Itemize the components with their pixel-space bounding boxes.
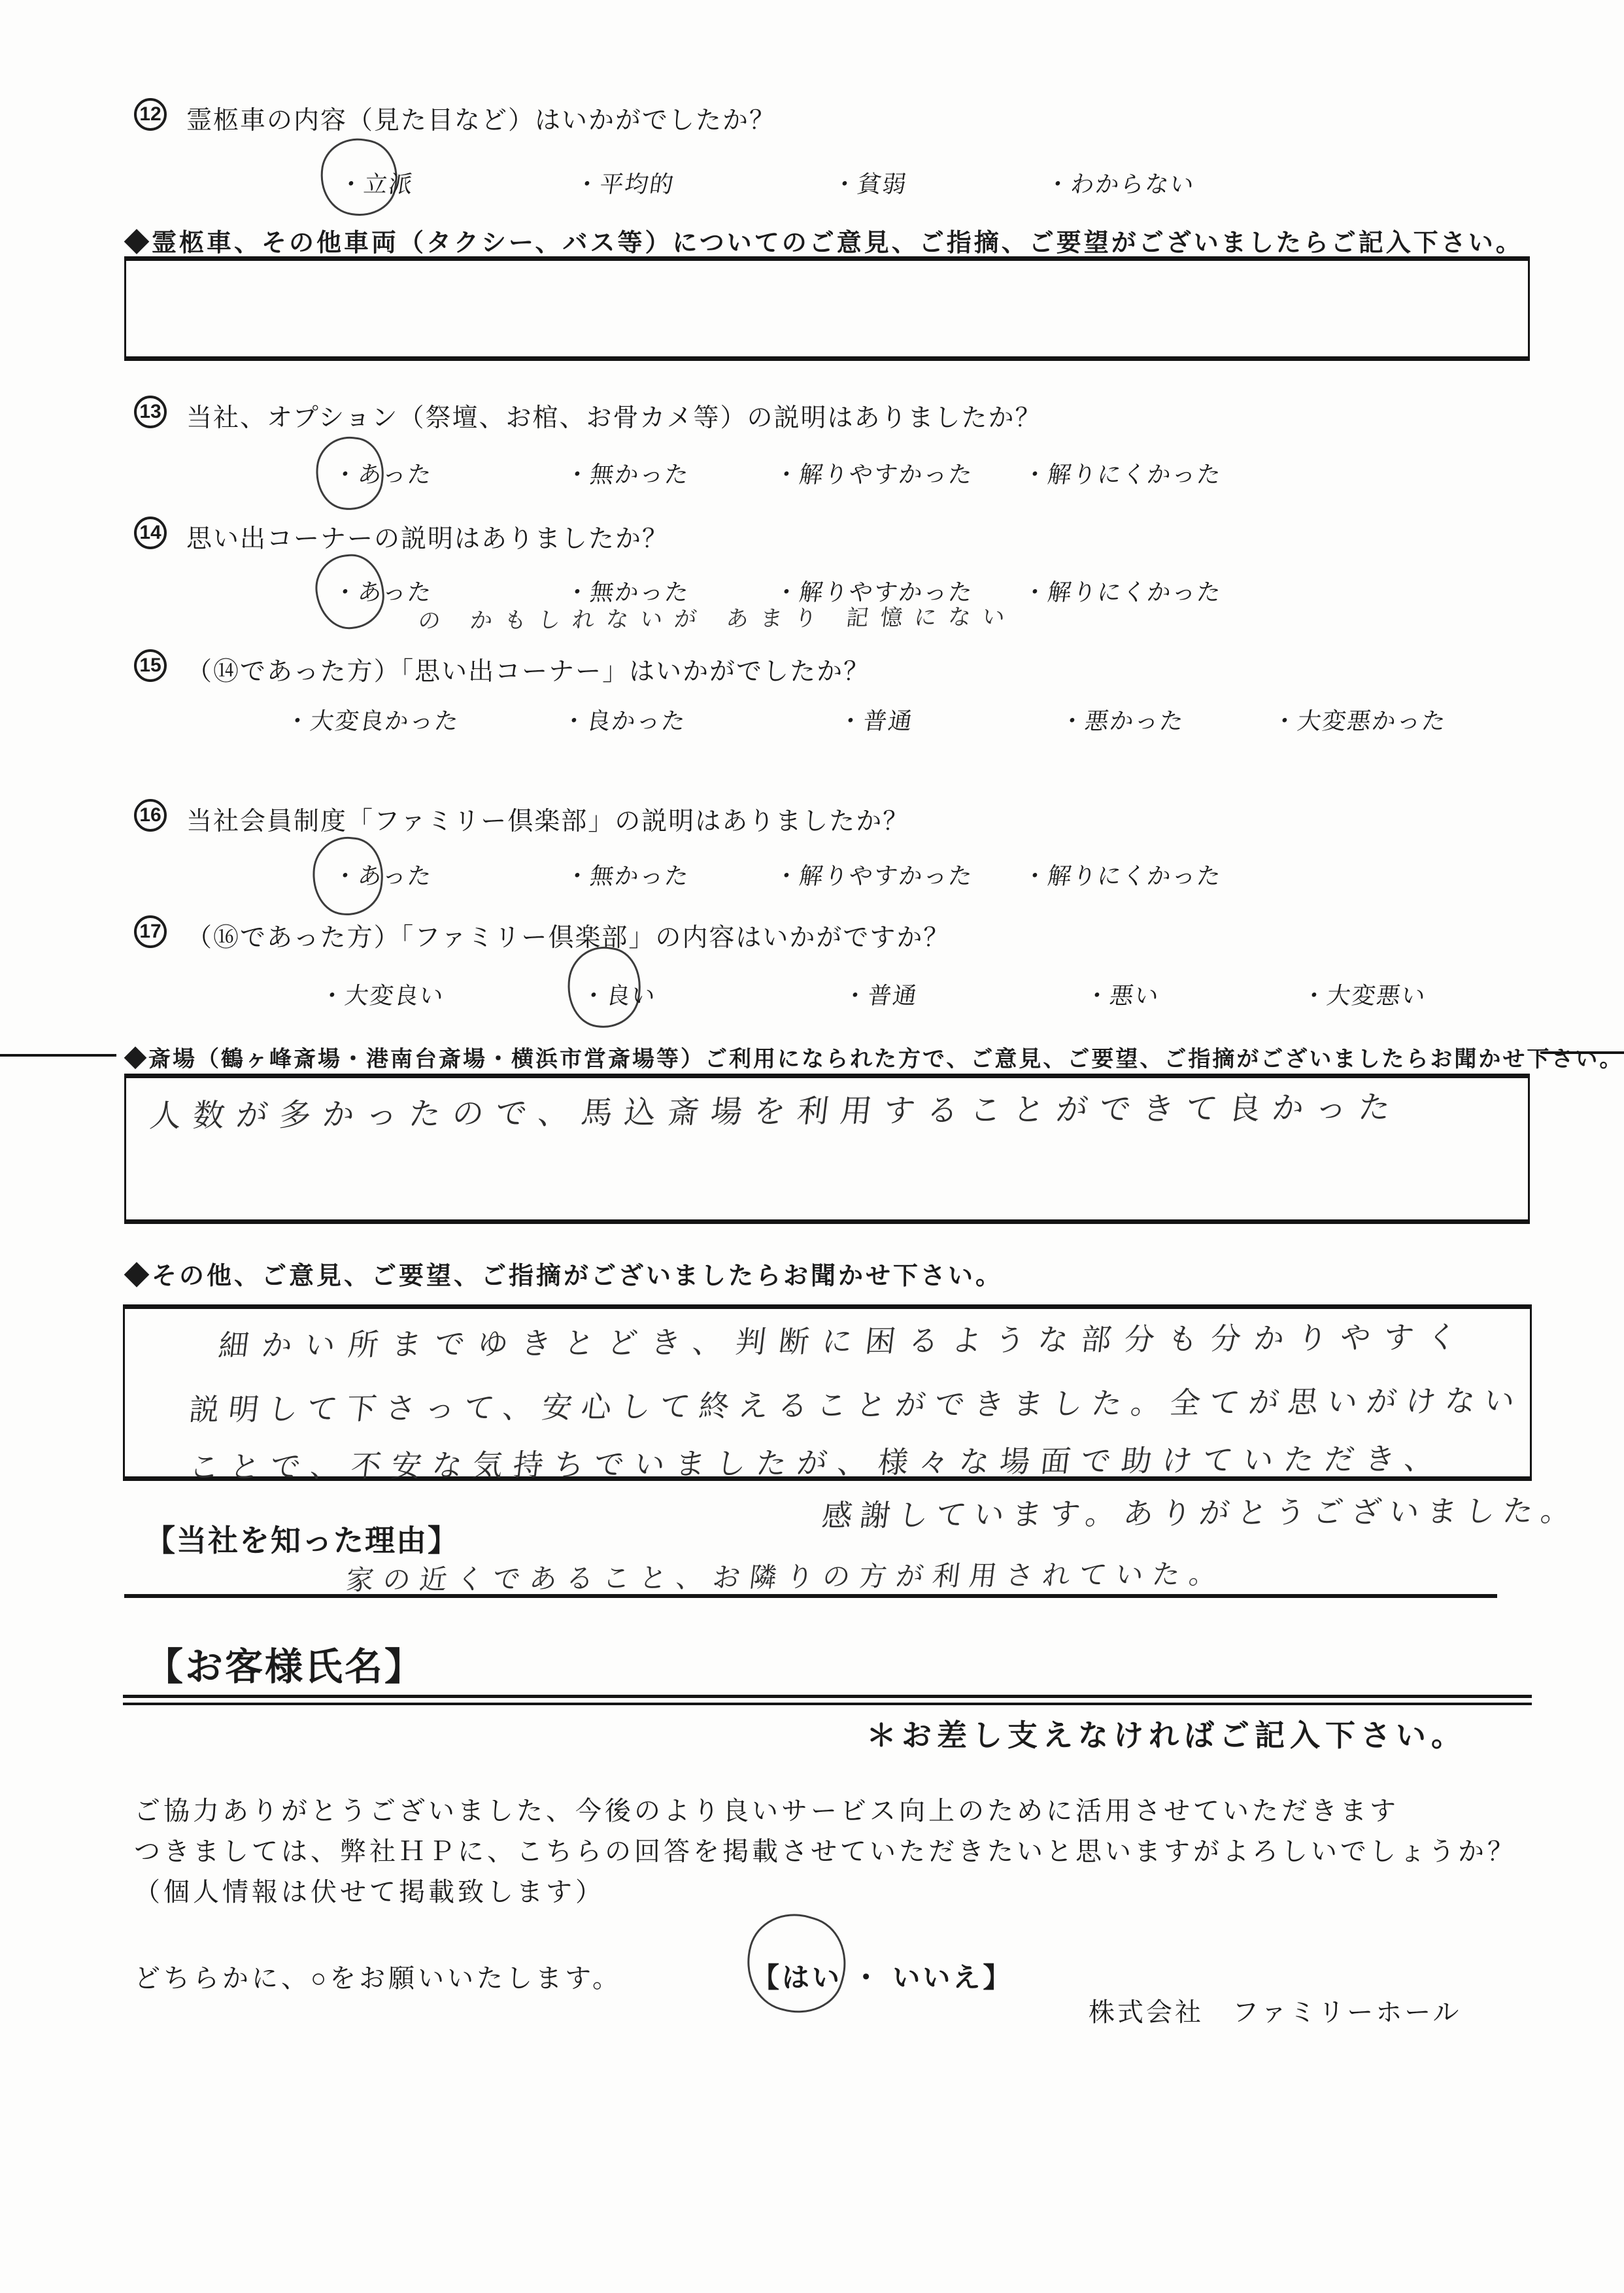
section-heading-saijo: ◆斎場（鶴ヶ峰斎場・港南台斎場・横浜市営斎場等）ご利用になられた方で、ご意見、ご… [124, 1041, 1623, 1073]
other-handwritten-line-1: 細かい所までゆきとどき、判断に困るような部分も分かりやすく [216, 1314, 1472, 1365]
customer-name-heading: 【お客様氏名】 [145, 1636, 424, 1691]
q17-option-4: ・悪い [1083, 977, 1162, 1011]
question-16: 16 当社会員制度「ファミリー倶楽部」の説明はありましたか？ [134, 799, 909, 838]
q15-option-1: ・大変良かった [283, 703, 462, 736]
name-optional-note: ＊お差し支えなければご記入下さい。 [866, 1712, 1466, 1755]
section-heading-vehicle: ◆霊柩車、その他車両（タクシー、バス等）についてのご意見、ご指摘、ご要望がござい… [124, 222, 1523, 258]
question-14-text: 思い出コーナーの説明はありましたか？ [186, 517, 669, 555]
question-13-number: 13 [134, 396, 167, 428]
q17-option-1: ・大変良い [318, 977, 447, 1011]
comment-box-vehicle [124, 256, 1530, 361]
q12-option-3: ・貧弱 [830, 166, 909, 199]
question-14-number: 14 [134, 517, 167, 549]
name-rule-top [123, 1695, 1532, 1698]
other-handwritten-line-4: 感謝しています。ありがとうございました。 [820, 1487, 1582, 1535]
q12-option-4: ・わからない [1043, 166, 1197, 199]
q16-option-2: ・無かった [563, 858, 692, 891]
question-15: 15 （⑭であった方）「思い出コーナー」はいかがでしたか？ [134, 649, 870, 688]
q15-option-4: ・悪かった [1058, 703, 1187, 736]
q12-option-1: ・立派 [337, 166, 416, 199]
q13-option-2: ・無かった [563, 456, 692, 490]
scan-fold-line-left [0, 1054, 116, 1057]
question-15-number: 15 [134, 649, 167, 682]
question-17-text: （⑯であった方）「ファミリー倶楽部」の内容はいかがですか？ [186, 915, 950, 954]
question-14: 14 思い出コーナーの説明はありましたか？ [134, 517, 669, 555]
q13-option-1: ・あった [331, 456, 435, 490]
q15-option-2: ・良かった [560, 703, 688, 736]
q14-option-1: ・あった [331, 574, 435, 607]
yes-no-choice: 【はい ・ いいえ】 [752, 1956, 1013, 1996]
q17-option-5: ・大変悪い [1300, 977, 1429, 1011]
q16-option-4: ・解りにくかった [1021, 858, 1224, 891]
question-12: 12 霊柩車の内容（見た目など）はいかがでしたか？ [134, 98, 776, 137]
reason-handwritten-response: 家の近くであること、お隣りの方が利用されていた。 [345, 1553, 1228, 1598]
reason-heading: 【当社を知った理由】 [145, 1517, 459, 1560]
q13-option-4: ・解りにくかった [1021, 456, 1224, 490]
q16-option-1: ・あった [331, 858, 435, 891]
question-16-text: 当社会員制度「ファミリー倶楽部」の説明はありましたか？ [186, 799, 909, 838]
choice-instruction: どちらかに、○をお願いいたします。 [134, 1958, 622, 1995]
company-name: 株式会社 ファミリーホール [1089, 1992, 1461, 2029]
closing-line-1: ご協力ありがとうございました、今後のより良いサービス向上のために活用させていただ… [134, 1790, 1399, 1827]
q13-option-3: ・解りやすかった [772, 456, 975, 490]
question-17: 17 （⑯であった方）「ファミリー倶楽部」の内容はいかがですか？ [134, 915, 950, 954]
q15-option-5: ・大変悪かった [1270, 703, 1449, 736]
other-handwritten-line-3: ことで、不安な気持ちでいましたが、様々な場面で助けていただき、 [187, 1435, 1447, 1487]
name-rule-bottom [123, 1703, 1532, 1705]
q17-option-2: ・良い [579, 977, 658, 1011]
q16-option-3: ・解りやすかった [772, 858, 975, 891]
question-15-text: （⑭であった方）「思い出コーナー」はいかがでしたか？ [186, 649, 870, 688]
section-heading-other: ◆その他、ご意見、ご要望、ご指摘がございましたらお聞かせ下さい。 [124, 1255, 1003, 1291]
question-13: 13 当社、オプション（祭壇、お棺、お骨カメ等）の説明はありましたか？ [134, 396, 1042, 434]
question-16-number: 16 [134, 799, 167, 832]
scanned-survey-page: 12 霊柩車の内容（見た目など）はいかがでしたか？ ・立派 ・平均的 ・貧弱 ・… [0, 0, 1624, 2293]
q14-handwritten-annotation: の かもしれないが あまり 記憶にない [416, 599, 1019, 635]
q15-option-3: ・普通 [836, 703, 915, 736]
closing-line-2: つきましては、弊社ＨＰに、こちらの回答を掲載させていただきたいと思いますがよろし… [134, 1831, 1517, 1868]
question-12-number: 12 [134, 98, 167, 131]
question-17-number: 17 [134, 915, 167, 948]
reason-underline [124, 1594, 1497, 1598]
question-12-text: 霊柩車の内容（見た目など）はいかがでしたか？ [186, 98, 776, 137]
saijo-handwritten-response: 人数が多かったので、馬込斎場を利用することができて良かった [148, 1082, 1405, 1136]
question-13-text: 当社、オプション（祭壇、お棺、お骨カメ等）の説明はありましたか？ [186, 396, 1042, 434]
q12-option-2: ・平均的 [573, 166, 677, 199]
closing-line-3: （個人情報は伏せて掲載致します） [134, 1871, 605, 1909]
q14-option-4: ・解りにくかった [1021, 574, 1224, 607]
q17-option-3: ・普通 [841, 977, 920, 1011]
